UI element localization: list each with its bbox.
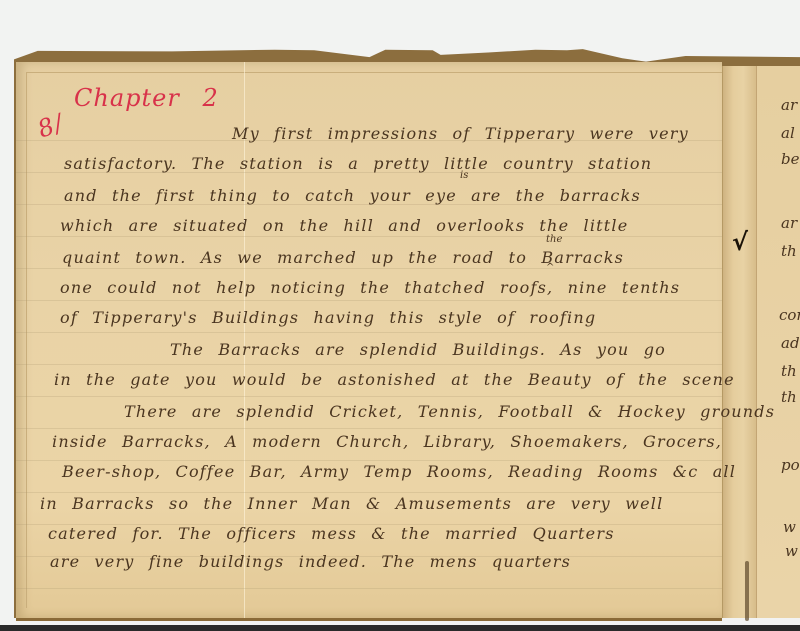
- text-line-12: Beer-shop, Coffee Bar, Army Temp Rooms, …: [62, 462, 736, 481]
- text-line-7: of Tipperary's Buildings having this sty…: [60, 308, 596, 327]
- text-line-8: The Barracks are splendid Buildings. As …: [170, 340, 666, 359]
- ink-stain: [745, 561, 749, 621]
- text-line-3: and the first thing to catch your eye ar…: [64, 186, 641, 205]
- text-line-1: My first impressions of Tipperary were v…: [232, 124, 689, 143]
- text-line-9: in the gate you would be astonished at t…: [54, 370, 735, 389]
- right-page-edge: ar al be ar th con ad th th po w w: [756, 66, 800, 618]
- right-page-text-fragment: ar: [781, 214, 797, 232]
- text-line-15: are very fine buildings indeed. The mens…: [50, 552, 571, 571]
- chapter-heading: Chapter 2: [74, 84, 219, 112]
- insertion-caret: ^: [546, 262, 554, 273]
- right-page-text-fragment: w: [785, 542, 798, 560]
- insertion-the: the: [546, 234, 562, 245]
- right-page-text-fragment: th: [781, 242, 797, 260]
- right-page-text-fragment: al: [781, 124, 795, 142]
- margin-tick-icon: √: [732, 228, 748, 256]
- text-line-2: satisfactory. The station is a pretty li…: [64, 154, 652, 173]
- right-page-text-fragment: ad: [781, 334, 800, 352]
- right-page-text-fragment: con: [779, 306, 800, 324]
- binding-gutter: [722, 66, 757, 618]
- text-line-6: one could not help noticing the thatched…: [60, 278, 680, 297]
- right-page-text-fragment: po: [781, 456, 800, 474]
- insertion-is: is: [460, 170, 468, 181]
- text-line-10: There are splendid Cricket, Tennis, Foot…: [124, 402, 775, 421]
- right-page-text-fragment: th: [781, 362, 797, 380]
- text-line-13: in Barracks so the Inner Man & Amusement…: [40, 494, 663, 513]
- text-line-5: quaint town. As we marched up the road t…: [62, 248, 624, 267]
- right-page-text-fragment: ar: [781, 96, 797, 114]
- text-line-14: catered for. The officers mess & the mar…: [48, 524, 615, 543]
- scan-bottom-edge: [0, 625, 800, 631]
- text-line-4: which are situated on the hill and overl…: [60, 216, 628, 235]
- right-page-text-fragment: th: [781, 388, 797, 406]
- right-page-text-fragment: be: [781, 150, 799, 168]
- text-line-11: inside Barracks, A modern Church, Librar…: [52, 432, 722, 451]
- right-page-text-fragment: w: [783, 518, 796, 536]
